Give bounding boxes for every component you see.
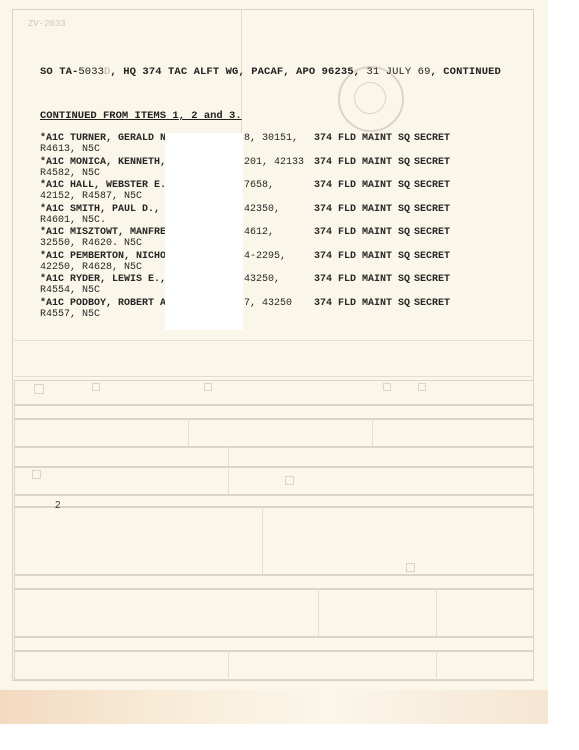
personnel-row: *A1C HALL, WEBSTER E. 42152, R4587, N5C … <box>40 180 520 204</box>
person-name: *A1C MISZTOWT, MANFRE <box>40 227 166 238</box>
continued-label: CONTINUED FROM ITEMS 1, 2 and 3. <box>40 110 242 122</box>
person-classification: SECRET <box>414 204 450 215</box>
personnel-row: *A1C TURNER, GERALD N. R4613, N5C 8, 301… <box>40 133 520 157</box>
bleed-through-checkbox <box>92 383 100 391</box>
person-number: 8, 30151, <box>244 133 298 144</box>
person-number: 201, 42133 <box>244 157 304 168</box>
bleed-through-line <box>436 588 437 636</box>
bleed-through-line <box>436 650 437 678</box>
person-unit: 374 FLD MAINT SQ <box>314 251 410 262</box>
person-detail: R4557, N5C <box>40 309 100 320</box>
bleed-through-box <box>14 506 534 576</box>
document-page: ZV-2033 SO TA-5033D, HQ 374 TAC ALFT WG,… <box>0 0 548 724</box>
personnel-list: *A1C TURNER, GERALD N. R4613, N5C 8, 301… <box>40 133 520 321</box>
person-unit: 374 FLD MAINT SQ <box>314 204 410 215</box>
bleed-through-line <box>372 418 373 446</box>
bleed-through-line <box>14 376 532 377</box>
bleed-through-checkbox <box>32 470 41 479</box>
person-unit: 374 FLD MAINT SQ <box>314 157 410 168</box>
person-detail: R4601, N5C. <box>40 215 106 226</box>
person-name: *A1C RYDER, LEWIS E., <box>40 274 166 285</box>
personnel-row: *A1C PEMBERTON, NICHO 42250, R4628, N5C … <box>40 251 520 275</box>
person-detail: R4582, N5C <box>40 168 100 179</box>
bleed-through-box <box>14 466 534 496</box>
personnel-row: *A1C PODBOY, ROBERT A. R4557, N5C 7, 432… <box>40 298 520 322</box>
personnel-row: *A1C MONICA, KENNETH, R4582, N5C 201, 42… <box>40 157 520 181</box>
person-unit: 374 FLD MAINT SQ <box>314 133 410 144</box>
person-name: *A1C TURNER, GERALD N. <box>40 133 172 144</box>
bleed-through-box <box>14 418 534 448</box>
person-detail: 42250, R4628, N5C <box>40 262 142 273</box>
bleed-through-line <box>262 506 263 574</box>
person-number: 4-2295, <box>244 251 286 262</box>
bleed-through-checkbox <box>418 383 426 391</box>
person-number: 4612, <box>244 227 274 238</box>
bleed-through-line <box>188 418 189 446</box>
person-unit: 374 FLD MAINT SQ <box>314 274 410 285</box>
bleed-through-box <box>14 446 534 468</box>
order-tail: , CONTINUED <box>430 66 500 78</box>
person-detail: 32550, R4620. N5C <box>40 238 142 249</box>
person-name: *A1C HALL, WEBSTER E. <box>40 180 166 191</box>
person-number: 7658, <box>244 180 274 191</box>
person-detail: R4554, N5C <box>40 285 100 296</box>
person-number: 43250, <box>244 274 280 285</box>
person-detail: 42152, R4587, N5C <box>40 191 142 202</box>
person-number: 42350, <box>244 204 280 215</box>
bleed-through-checkbox <box>285 476 294 485</box>
bleed-through-checkbox <box>204 383 212 391</box>
person-classification: SECRET <box>414 251 450 262</box>
person-classification: SECRET <box>414 227 450 238</box>
person-name: *A1C MONICA, KENNETH, <box>40 157 166 168</box>
person-name: *A1C SMITH, PAUL D., <box>40 204 160 215</box>
order-number: 5033 <box>78 66 104 78</box>
redaction-block <box>165 133 243 330</box>
person-unit: 374 FLD MAINT SQ <box>314 180 410 191</box>
paper-stain <box>0 690 548 724</box>
special-order-header: SO TA-5033D, HQ 374 TAC ALFT WG, PACAF, … <box>40 66 501 78</box>
bleed-through-line <box>318 588 319 636</box>
bleed-through-box <box>14 650 534 680</box>
person-unit: 374 FLD MAINT SQ <box>314 298 410 309</box>
personnel-row: *A1C RYDER, LEWIS E., R4554, N5C 43250, … <box>40 274 520 298</box>
page-number: 2 <box>55 500 61 511</box>
bleed-through-checkbox <box>406 563 415 572</box>
person-unit: 374 FLD MAINT SQ <box>314 227 410 238</box>
order-unit: , HQ 374 TAC ALFT WG, PACAF, APO 96235, <box>110 66 366 78</box>
person-detail: R4613, N5C <box>40 144 100 155</box>
order-date: 31 JULY 69 <box>366 66 430 78</box>
bleed-through-line <box>228 650 229 678</box>
bleed-through-box <box>14 588 534 638</box>
person-name: *A1C PEMBERTON, NICHO <box>40 251 166 262</box>
ghost-reference: ZV-2033 <box>28 19 66 29</box>
person-classification: SECRET <box>414 298 450 309</box>
order-prefix: SO TA- <box>40 66 78 78</box>
person-classification: SECRET <box>414 274 450 285</box>
bleed-through-checkbox <box>34 384 44 394</box>
person-classification: SECRET <box>414 180 450 191</box>
personnel-row: *A1C MISZTOWT, MANFRE 32550, R4620. N5C … <box>40 227 520 251</box>
person-classification: SECRET <box>414 133 450 144</box>
personnel-row: *A1C SMITH, PAUL D., R4601, N5C. 42350, … <box>40 204 520 228</box>
person-name: *A1C PODBOY, ROBERT A. <box>40 298 172 309</box>
bleed-through-checkbox <box>383 383 391 391</box>
person-number: 7, 43250 <box>244 298 292 309</box>
person-classification: SECRET <box>414 157 450 168</box>
bleed-through-line <box>14 340 532 341</box>
